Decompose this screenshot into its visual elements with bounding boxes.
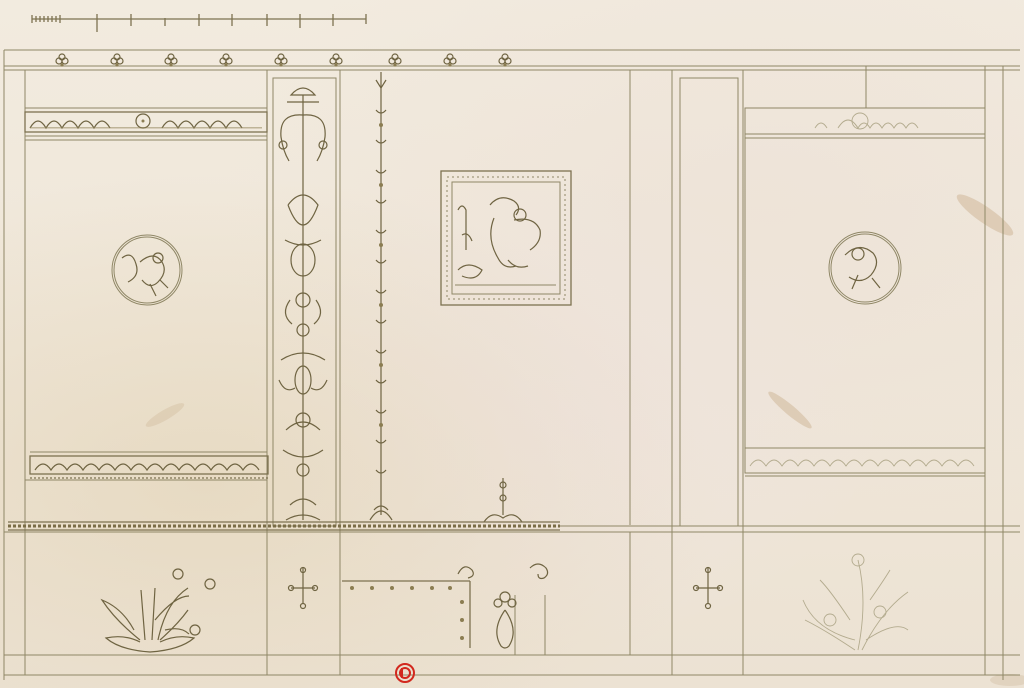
center-picture bbox=[441, 171, 571, 305]
center-finial bbox=[484, 478, 522, 522]
left-panel bbox=[25, 108, 267, 480]
top-band bbox=[4, 50, 1020, 680]
left-cross-ornament bbox=[289, 568, 318, 609]
left-bottom-frieze bbox=[30, 456, 268, 478]
center-vine bbox=[370, 72, 392, 520]
structure-lines bbox=[25, 66, 1003, 680]
right-panel bbox=[745, 108, 985, 476]
drawing-sheet bbox=[0, 0, 1024, 688]
top-rosettes bbox=[56, 54, 511, 67]
right-cross-ornament bbox=[694, 568, 723, 609]
left-medallion bbox=[112, 235, 182, 305]
left-pilaster bbox=[273, 78, 336, 526]
scale-bar bbox=[32, 14, 366, 32]
cornice bbox=[4, 522, 1020, 532]
right-medallion bbox=[829, 232, 901, 304]
dado bbox=[4, 532, 1020, 675]
wall-elevation-drawing bbox=[0, 0, 1024, 688]
right-bottom-frieze bbox=[750, 460, 974, 466]
pendant-ornament bbox=[494, 592, 516, 648]
paper-stains bbox=[143, 189, 1024, 686]
right-plant bbox=[803, 554, 908, 650]
left-top-frieze bbox=[25, 112, 267, 132]
corner-border bbox=[342, 567, 473, 648]
right-top-frieze bbox=[815, 113, 918, 129]
scroll-ornament bbox=[530, 564, 548, 579]
library-stamp bbox=[396, 664, 414, 682]
right-pilaster bbox=[680, 78, 738, 526]
left-plant bbox=[102, 569, 215, 652]
